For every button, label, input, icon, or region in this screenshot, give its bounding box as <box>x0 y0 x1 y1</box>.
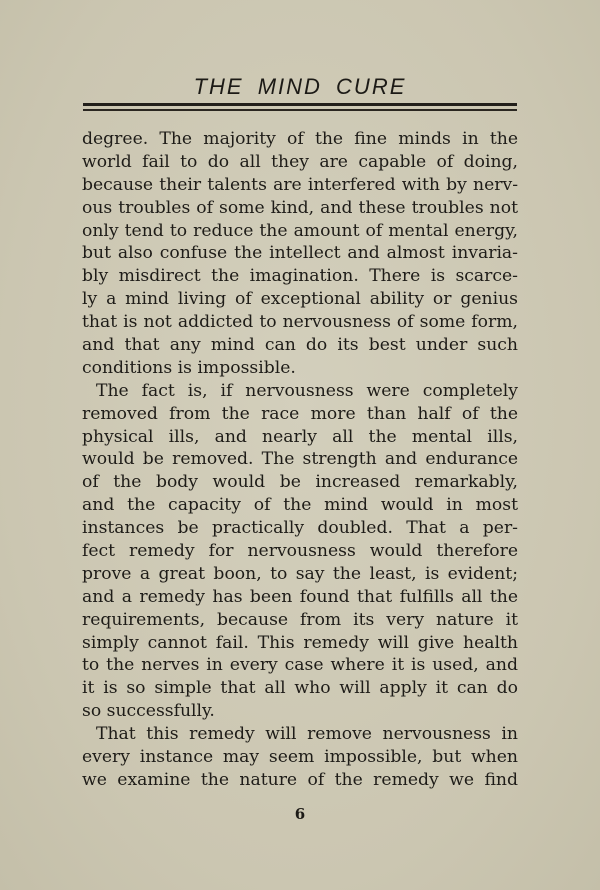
text-line: simply cannot fail. This remedy will giv… <box>82 632 518 655</box>
text-line: of the body would be increased remarkabl… <box>82 471 518 494</box>
text-line: conditions is impossible. <box>82 357 518 380</box>
text-line: fect remedy for nervousness would theref… <box>82 540 518 563</box>
text-line: ly a mind living of exceptional ability … <box>82 288 518 311</box>
paragraph-start-line: That this remedy will remove nervousness… <box>82 723 518 746</box>
text-line: requirements, because from its very natu… <box>82 609 518 632</box>
text-line: but also confuse the intellect and almos… <box>82 242 518 265</box>
text-line: because their talents are interfered wit… <box>82 174 518 197</box>
page-number: 6 <box>0 805 600 823</box>
text-line: instances be practically doubled. That a… <box>82 517 518 540</box>
text-line: every instance may seem impossible, but … <box>82 746 518 769</box>
text-line: that is not addicted to nervousness of s… <box>82 311 518 334</box>
text-line: physical ills, and nearly all the mental… <box>82 426 518 449</box>
text-line: so successfully. <box>82 700 518 723</box>
text-line: to the nerves in every case where it is … <box>82 654 518 677</box>
text-line: only tend to reduce the amount of mental… <box>82 220 518 243</box>
running-title: THE MIND CURE <box>0 74 600 100</box>
text-line: would be removed. The strength and endur… <box>82 448 518 471</box>
body-text: degree. The majority of the fine minds i… <box>82 128 518 792</box>
text-line: bly misdirect the imagination. There is … <box>82 265 518 288</box>
text-line: and a remedy has been found that fulfill… <box>82 586 518 609</box>
text-line: and the capacity of the mind would in mo… <box>82 494 518 517</box>
header-rule-thin <box>83 109 517 111</box>
header-rule-thick <box>83 103 517 106</box>
text-line: we examine the nature of the remedy we f… <box>82 769 518 792</box>
text-line: ous troubles of some kind, and these tro… <box>82 197 518 220</box>
text-line: world fail to do all they are capable of… <box>82 151 518 174</box>
text-line: and that any mind can do its best under … <box>82 334 518 357</box>
text-line: degree. The majority of the fine minds i… <box>82 128 518 151</box>
text-line: prove a great boon, to say the least, is… <box>82 563 518 586</box>
text-line: removed from the race more than half of … <box>82 403 518 426</box>
paragraph-start-line: The fact is, if nervousness were complet… <box>82 380 518 403</box>
text-line: it is so simple that all who will apply … <box>82 677 518 700</box>
